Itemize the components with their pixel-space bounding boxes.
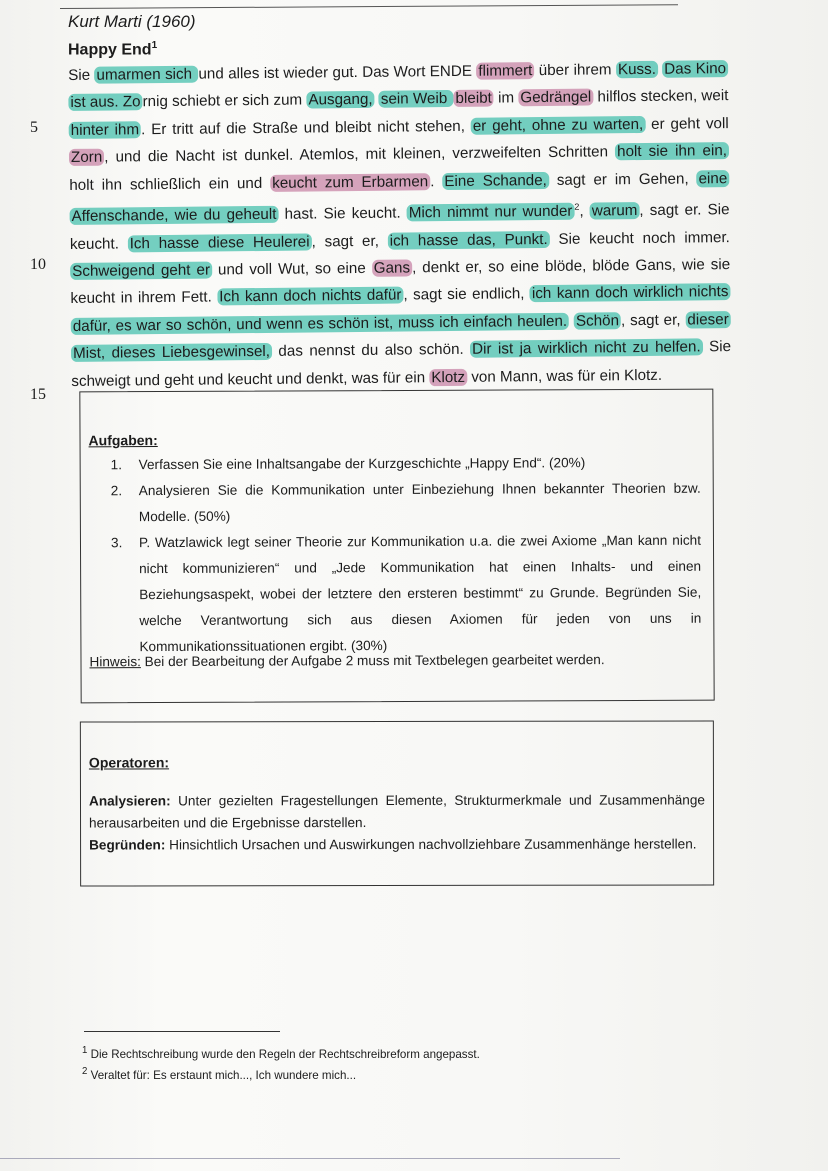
highlighted-phrase: Zorn: [69, 149, 104, 166]
story-text-run: und alles ist wieder gut. Das Wort ENDE: [198, 63, 476, 83]
task-item: 3.P. Watzlawick legt seiner Theorie zur …: [111, 528, 702, 661]
highlighted-phrase: bleibt: [453, 90, 493, 107]
task-number: 1.: [111, 452, 122, 478]
story-text-run: rnig schiebt er sich zum: [142, 92, 306, 111]
author-line: Kurt Marti (1960): [68, 12, 196, 32]
highlighted-phrase: holt sie ihn ein,: [615, 142, 729, 160]
highlighted-phrase: Gans: [372, 259, 412, 276]
page-bottom-edge: [0, 1158, 620, 1159]
top-rule: [60, 4, 678, 9]
task-number: 2.: [111, 478, 122, 504]
highlighted-phrase: warum: [590, 202, 640, 220]
story-text-run: . Er tritt auf die Straße und bleibt nic…: [141, 118, 471, 138]
story-text-run: ,: [579, 203, 590, 220]
highlighted-phrase: Schön: [574, 312, 621, 329]
highlighted-phrase: keucht zum Erbarmen: [270, 173, 430, 192]
highlighted-phrase: Das Kino: [662, 60, 728, 78]
story-text-run: Sie: [703, 338, 732, 355]
footnote-mark: 1: [152, 40, 158, 51]
highlighted-phrase: ich hasse das, Punkt.: [388, 230, 550, 249]
story-text-run: , denkt er, so eine blöde, blöde Gans, w…: [412, 256, 730, 276]
highlighted-phrase: Dir ist ja wirklich nicht zu helfen.: [470, 338, 703, 357]
footnote-text: Die Rechtschreibung wurde den Regeln der…: [87, 1048, 479, 1061]
tasks-list: 1.Verfassen Sie eine Inhaltsangabe der K…: [111, 450, 702, 661]
task-text: Analysieren Sie die Kommunikation unter …: [139, 481, 701, 524]
highlighted-phrase: ich kann doch wirklich nichts: [530, 283, 731, 302]
highlighted-phrase: Kuss.: [616, 61, 658, 78]
hint-label: Hinweis:: [89, 654, 140, 669]
hint: Hinweis: Bei der Bearbeitung der Aufgabe…: [89, 652, 604, 669]
highlighted-phrase: hinter ihm: [69, 121, 142, 139]
tasks-box: Aufgaben: 1.Verfassen Sie eine Inhaltsan…: [79, 389, 714, 704]
story-text-run: holt ihn schließlich ein und: [69, 175, 270, 194]
story-text-run: , sagt er. Sie: [639, 201, 729, 219]
story-text-run: sagt er im Gehen,: [549, 170, 697, 189]
highlighted-phrase: Schweigend geht er: [70, 261, 212, 279]
task-item: 2.Analysieren Sie die Kommunikation unte…: [111, 476, 701, 531]
highlighted-phrase: eine: [696, 170, 729, 187]
highlighted-phrase: sein Weib: [379, 90, 454, 108]
highlighted-phrase: Gedrängel: [518, 89, 593, 107]
story-text-run: von Mann, was für ein Klotz.: [467, 366, 662, 385]
operators-heading: Operatoren:: [89, 754, 169, 770]
operator-term: Analysieren:: [89, 793, 171, 808]
footnote-text: Veraltet für: Es erstaunt mich..., Ich w…: [87, 1069, 356, 1082]
highlighted-phrase: dieser: [685, 311, 731, 328]
story-text-run: er geht voll: [645, 115, 729, 133]
line-number-10: 10: [30, 256, 46, 274]
highlighted-phrase: flimmert: [476, 62, 534, 80]
operators-box: Operatoren: Analysieren: Unter gezielten…: [80, 720, 714, 886]
story-text-run: , sagt er,: [311, 232, 387, 250]
line-number-5: 5: [30, 119, 38, 137]
story-text-run: , sagt er,: [621, 311, 686, 329]
highlighted-phrase: Eine Schande,: [442, 172, 549, 190]
story-title: Happy End1: [68, 40, 157, 59]
hint-text: Bei der Bearbeitung der Aufgabe 2 muss m…: [141, 652, 605, 669]
story-text-run: Sie: [68, 67, 95, 84]
story-text: Sie umarmen sich und alles ist wieder gu…: [68, 55, 731, 395]
task-text: Verfassen Sie eine Inhaltsangabe der Kur…: [139, 455, 586, 472]
worksheet-page: Kurt Marti (1960) Happy End1 Sie umarmen…: [0, 0, 828, 1171]
story-text-run: schweigt und geht und keucht und denkt, …: [71, 369, 429, 390]
line-number-15: 15: [30, 386, 46, 404]
task-text: P. Watzlawick legt seiner Theorie zur Ko…: [139, 533, 701, 654]
story-text-run: hilflos stecken, weit: [593, 87, 728, 105]
footnote-rule: [84, 1031, 280, 1032]
highlighted-phrase: Ich kann doch nichts dafür: [217, 287, 403, 306]
story-text-run: , und die Nacht ist dunkel. Atemlos, mit…: [104, 143, 615, 165]
operator-definition: Hinsichtlich Ursachen und Auswirkungen n…: [165, 836, 696, 852]
story-text-run: und voll Wut, so eine: [212, 260, 372, 279]
footnotes: 1 Die Rechtschreibung wurde den Regeln d…: [82, 1042, 480, 1084]
story-text-run: keucht.: [70, 235, 128, 253]
operator-begruenden: Begründen: Hinsichtlich Ursachen und Aus…: [89, 833, 705, 856]
task-number: 3.: [111, 530, 122, 556]
tasks-heading: Aufgaben:: [89, 432, 158, 448]
operator-term: Begründen:: [89, 837, 165, 852]
highlighted-phrase: dafür, es war so schön, und wenn es schö…: [71, 312, 569, 334]
highlighted-phrase: Ausgang,: [306, 91, 374, 109]
story-text-run: über ihrem: [534, 61, 616, 79]
highlighted-phrase: er geht, ohne zu warten,: [471, 116, 646, 135]
story-text-run: hast. Sie keucht.: [278, 205, 407, 223]
task-item: 1.Verfassen Sie eine Inhaltsangabe der K…: [111, 450, 701, 479]
story-text-run: Sie keucht noch immer.: [550, 229, 730, 248]
story-title-text: Happy End: [68, 41, 152, 58]
story-text-run: das nennst du also schön.: [272, 341, 470, 360]
highlighted-phrase: Ich hasse diese Heulerei: [128, 233, 312, 252]
story-text-run: keucht in ihrem Fett.: [70, 289, 217, 308]
highlighted-phrase: Mist, dieses Liebesgewinsel,: [71, 343, 272, 362]
story-text-run: , sagt sie endlich,: [403, 285, 530, 303]
highlighted-phrase: umarmen sich: [94, 66, 198, 84]
footnote-1: 1 Die Rechtschreibung wurde den Regeln d…: [82, 1042, 480, 1063]
highlighted-phrase: Affenschande, wie du geheult: [70, 206, 279, 225]
operator-definition: Unter gezielten Fragestellungen Elemente…: [89, 792, 705, 830]
highlighted-phrase: Mich nimmt nur wunder: [407, 203, 575, 222]
highlighted-phrase: ist aus. Zo: [68, 94, 142, 112]
footnote-2: 2 Veraltet für: Es erstaunt mich..., Ich…: [82, 1063, 480, 1084]
operator-analysieren: Analysieren: Unter gezielten Fragestellu…: [89, 789, 705, 834]
story-text-run: .: [430, 173, 442, 190]
highlighted-phrase: Klotz: [429, 368, 467, 385]
story-text-run: im: [494, 90, 519, 107]
